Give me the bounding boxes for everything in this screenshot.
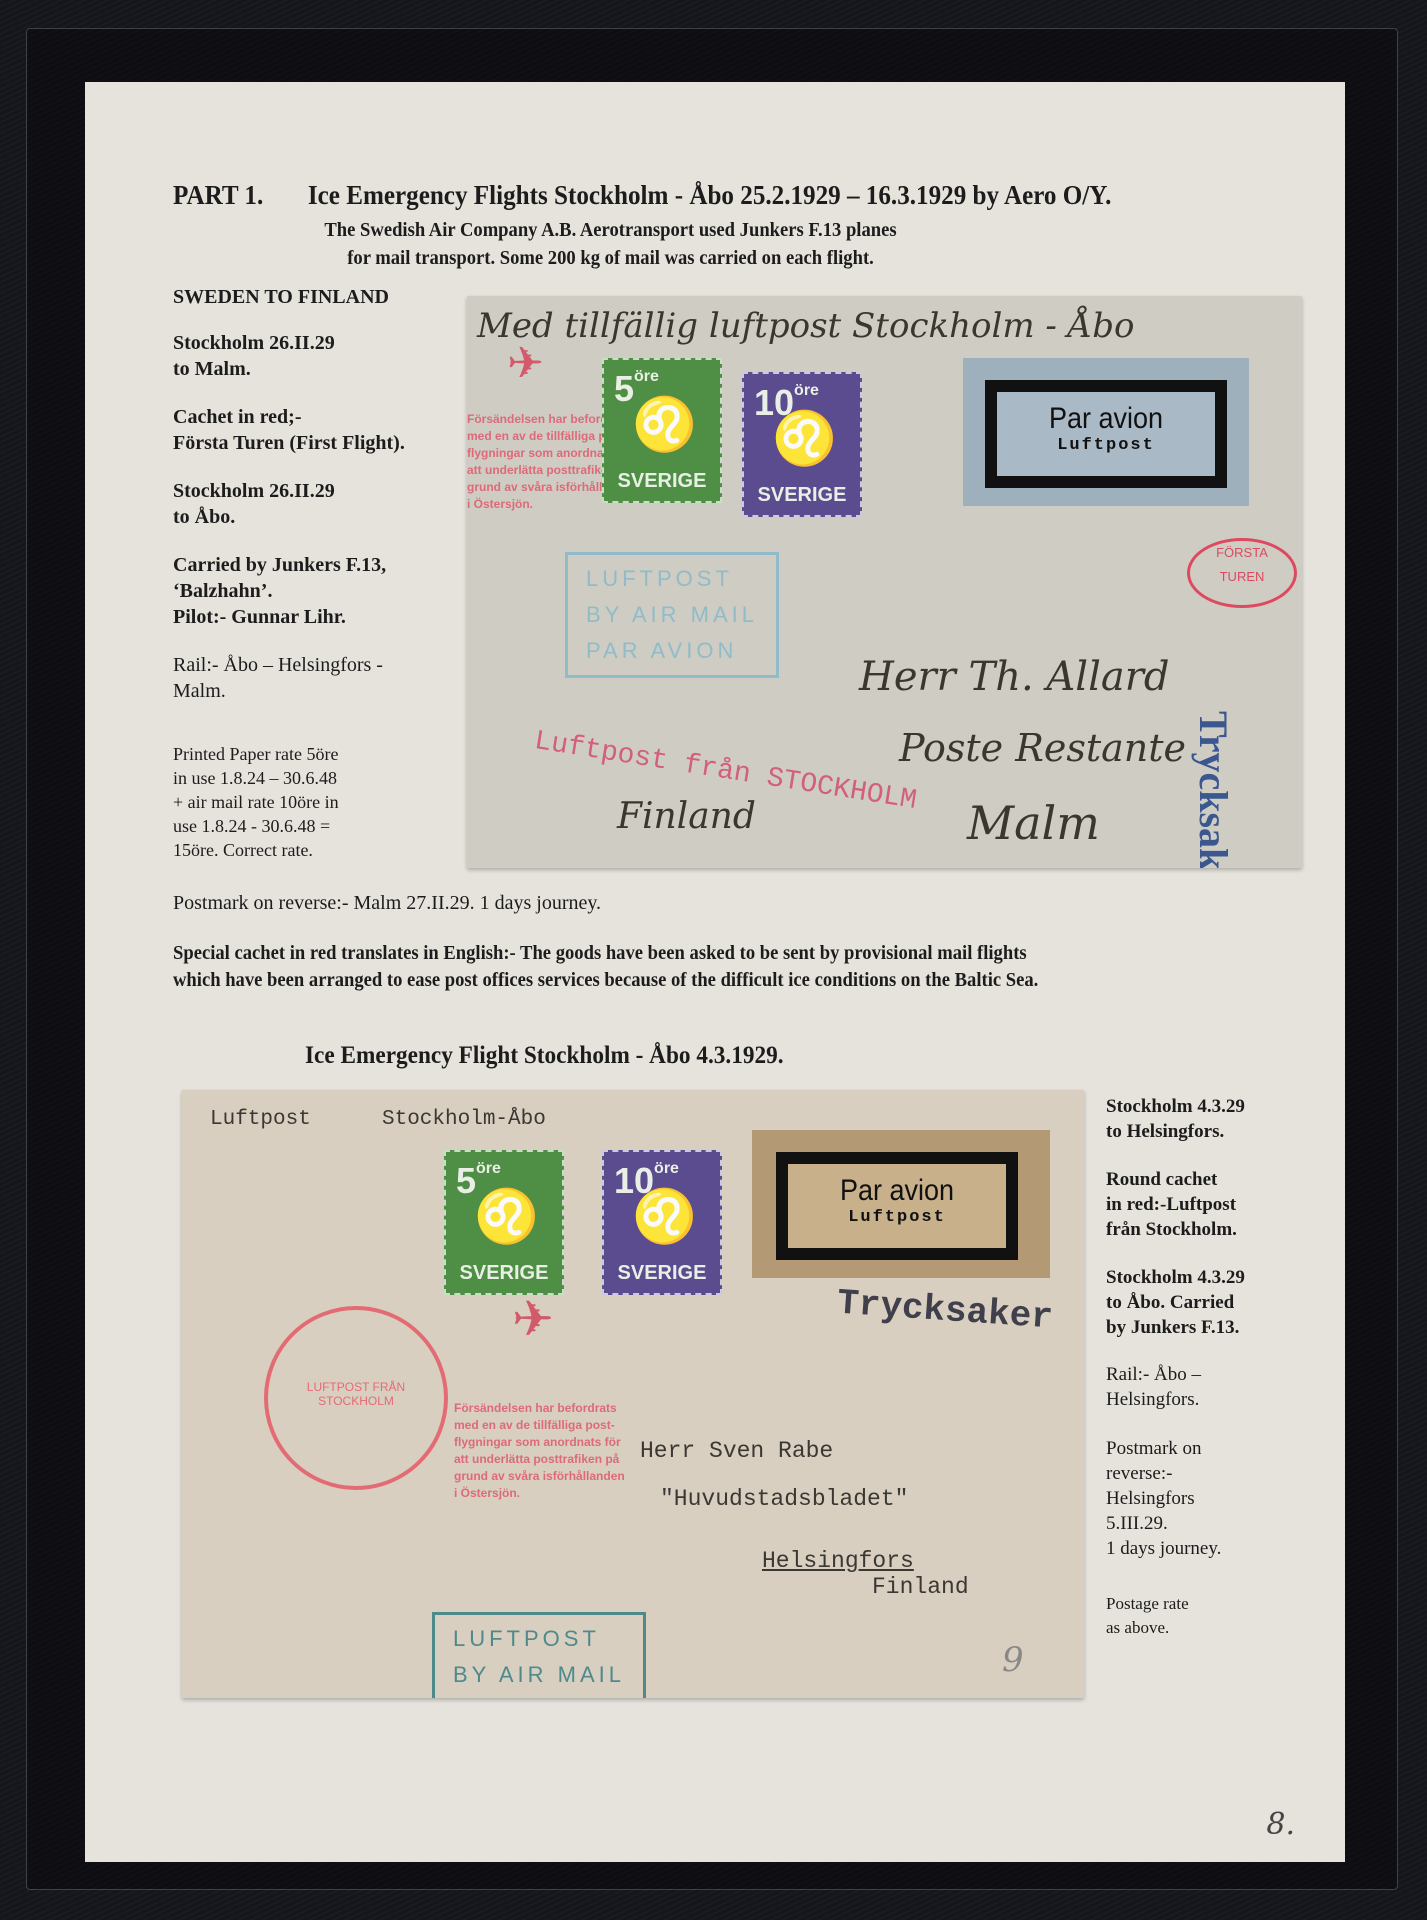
lion-icon: ♌ (632, 1192, 697, 1244)
par-avion-label: Par avion Luftpost (963, 358, 1249, 506)
cachet-line: att underlätta posttrafiken på (454, 1451, 625, 1468)
note-line: Helsingfors. (1106, 1387, 1201, 1412)
stamp-5-ore: 5öre ♌ SVERIGE (602, 358, 722, 503)
cachet-line: Försändelsen har befordrats (454, 1400, 625, 1417)
note-line: in red:-Luftpost (1106, 1192, 1237, 1217)
typed-luftpost: Luftpost (210, 1108, 311, 1131)
note-line: which have been arranged to ease post of… (173, 967, 1038, 994)
trycksaker-stamp: Trycksaker (836, 1283, 1054, 1339)
album-page: PART 1.Ice Emergency Flights Stockholm -… (85, 82, 1345, 1862)
lion-icon: ♌ (474, 1192, 539, 1244)
note-block: Round cachet in red:-Luftpost från Stock… (1106, 1167, 1237, 1242)
page-number: 8. (1266, 1807, 1295, 1842)
label-main-text: Par avion (799, 1174, 995, 1208)
address-line: Herr Sven Rabe (640, 1438, 833, 1464)
stamp-unit: öre (476, 1160, 501, 1177)
box-line: PAR AVION (453, 1693, 625, 1698)
stamp-country: SVERIGE (446, 1262, 562, 1285)
handwritten-routing: Med tillfällig luftpost Stockholm - Åbo (477, 306, 1134, 346)
note-line: Rail:- Åbo – Helsingfors - (173, 652, 383, 678)
note-block: Cachet in red;- Första Turen (First Flig… (173, 404, 405, 456)
note-block: Stockholm 26.II.29 to Åbo. (173, 478, 335, 530)
note-line: Pilot:- Gunnar Lihr. (173, 604, 386, 630)
note-line: 5.III.29. (1106, 1511, 1221, 1536)
address-line: Herr Th. Allard (859, 654, 1169, 700)
luftpost-box-stamp: LUFTPOST BY AIR MAIL PAR AVION (432, 1612, 646, 1698)
page-subtitle: The Swedish Air Company A.B. Aerotranspo… (285, 216, 936, 272)
stamp-unit: öre (654, 1160, 679, 1177)
note-line: Special cachet in red translates in Engl… (173, 940, 1038, 967)
note-line: Stockholm 4.3.29 (1106, 1265, 1245, 1290)
note-block: Rail:- Åbo – Helsingfors - Malm. (173, 652, 383, 704)
subtitle-line: The Swedish Air Company A.B. Aerotranspo… (285, 216, 936, 244)
trycksaker-stamp: Trycksaker (1190, 711, 1237, 868)
cachet-line: grund av svåra isförhållanden (454, 1468, 625, 1485)
stamp-country: SVERIGE (604, 470, 720, 493)
stamp-10-ore: 10öre ♌ SVERIGE (602, 1150, 722, 1295)
round-cachet-luftpost-fran-stockholm: LUFTPOST FRÅN STOCKHOLM (264, 1306, 448, 1490)
address-line: Malm (967, 796, 1100, 850)
cover-1-envelope: Med tillfällig luftpost Stockholm - Åbo … (467, 296, 1302, 868)
label-sub-text: Luftpost (997, 436, 1215, 455)
note-line: 15öre. Correct rate. (173, 838, 339, 862)
note-line: Printed Paper rate 5öre (173, 742, 339, 766)
stamp-10-ore: 10öre ♌ SVERIGE (742, 372, 862, 517)
stamp-country: SVERIGE (604, 1262, 720, 1285)
lion-icon: ♌ (772, 414, 837, 466)
page-title: PART 1.Ice Emergency Flights Stockholm -… (173, 180, 1111, 211)
box-line: LUFTPOST (586, 561, 758, 597)
cachet-line: FÖRSTA (1190, 541, 1294, 565)
note-line: + air mail rate 10öre in (173, 790, 339, 814)
note-line: Stockholm 26.II.29 (173, 478, 335, 504)
cachet-line: i Östersjön. (454, 1485, 625, 1502)
address-line: Finland (872, 1574, 969, 1600)
lion-icon: ♌ (632, 400, 697, 452)
pencil-mark: 9 (1002, 1640, 1024, 1680)
rate-note: Printed Paper rate 5öre in use 1.8.24 – … (173, 742, 339, 862)
address-line: Poste Restante (899, 726, 1186, 770)
note-line: as above. (1106, 1616, 1189, 1640)
luftpost-box-stamp: LUFTPOST BY AIR MAIL PAR AVION (565, 552, 779, 678)
note-line: use 1.8.24 - 30.6.48 = (173, 814, 339, 838)
cachet-text: LUFTPOST FRÅN STOCKHOLM (268, 1380, 444, 1408)
box-line: PAR AVION (586, 633, 758, 669)
airplane-cachet-icon: ✈ (507, 338, 544, 389)
typed-route: Stockholm-Åbo (382, 1108, 546, 1131)
stamp-5-ore: 5öre ♌ SVERIGE (444, 1150, 564, 1295)
note-line: Round cachet (1106, 1167, 1237, 1192)
note-block: Postmark on reverse:- Helsingfors 5.III.… (1106, 1436, 1221, 1561)
note-line: Postmark on (1106, 1436, 1221, 1461)
part-label: PART 1. (173, 180, 308, 211)
label-main-text: Par avion (1008, 402, 1204, 436)
note-line: Rail:- Åbo – (1106, 1362, 1201, 1387)
cachet-line: flygningar som anordnats för (454, 1434, 625, 1451)
address-line: "Huvudstadsbladet" (660, 1486, 908, 1512)
note-block: Rail:- Åbo – Helsingfors. (1106, 1362, 1201, 1412)
label-sub-text: Luftpost (788, 1208, 1006, 1227)
address-line: Helsingfors (762, 1548, 914, 1574)
note-line: reverse:- (1106, 1461, 1221, 1486)
note-line: 1 days journey. (1106, 1536, 1221, 1561)
red-provisional-cachet: Försändelsen har befordrats med en av de… (454, 1400, 625, 1502)
airplane-cachet-icon: ✈ (512, 1290, 554, 1348)
box-line: BY AIR MAIL (586, 597, 758, 633)
note-line: by Junkers F.13. (1106, 1315, 1245, 1340)
forsta-turen-cachet: FÖRSTA TUREN (1187, 538, 1297, 608)
stamp-country: SVERIGE (744, 484, 860, 507)
address-country: Finland (617, 796, 756, 837)
note-line: Stockholm 4.3.29 (1106, 1094, 1245, 1119)
note-line: Helsingfors (1106, 1486, 1221, 1511)
note-line: Cachet in red;- (173, 404, 405, 430)
note-block: Stockholm 4.3.29 to Helsingfors. (1106, 1094, 1245, 1144)
note-line: från Stockholm. (1106, 1217, 1237, 1242)
note-line: Första Turen (First Flight). (173, 430, 405, 456)
par-avion-label: Par avion Luftpost (752, 1130, 1050, 1278)
box-line: BY AIR MAIL (453, 1657, 625, 1693)
note-line: ‘Balzhahn’. (173, 578, 386, 604)
note-line: to Helsingfors. (1106, 1119, 1245, 1144)
note-block: Stockholm 26.II.29 to Malm. (173, 330, 335, 382)
note-line: in use 1.8.24 – 30.6.48 (173, 766, 339, 790)
subtitle-line: for mail transport. Some 200 kg of mail … (285, 244, 936, 272)
section-heading: SWEDEN TO FINLAND (173, 284, 389, 310)
note-line: to Åbo. Carried (1106, 1290, 1245, 1315)
cachet-translation: Special cachet in red translates in Engl… (173, 940, 1038, 994)
section-title: Ice Emergency Flight Stockholm - Åbo 4.3… (305, 1042, 784, 1070)
cachet-line: med en av de tillfälliga post- (454, 1417, 625, 1434)
note-block: Carried by Junkers F.13, ‘Balzhahn’. Pil… (173, 552, 386, 630)
note-line: Carried by Junkers F.13, (173, 552, 386, 578)
note-line: Malm. (173, 678, 383, 704)
note-block: Postage rate as above. (1106, 1592, 1189, 1640)
stamp-unit: öre (634, 368, 659, 385)
note-block: Stockholm 4.3.29 to Åbo. Carried by Junk… (1106, 1265, 1245, 1340)
box-line: LUFTPOST (453, 1621, 625, 1657)
note-line: to Åbo. (173, 504, 335, 530)
note-line: Stockholm 26.II.29 (173, 330, 335, 356)
note-line: to Malm. (173, 356, 335, 382)
note-line: Postage rate (1106, 1592, 1189, 1616)
title-text: Ice Emergency Flights Stockholm - Åbo 25… (308, 180, 1112, 210)
cover-2-envelope: Luftpost Stockholm-Åbo 5öre ♌ SVERIGE 10… (182, 1090, 1084, 1698)
stamp-unit: öre (794, 382, 819, 399)
postmark-note: Postmark on reverse:- Malm 27.II.29. 1 d… (173, 890, 601, 916)
cachet-line: TUREN (1190, 565, 1294, 589)
